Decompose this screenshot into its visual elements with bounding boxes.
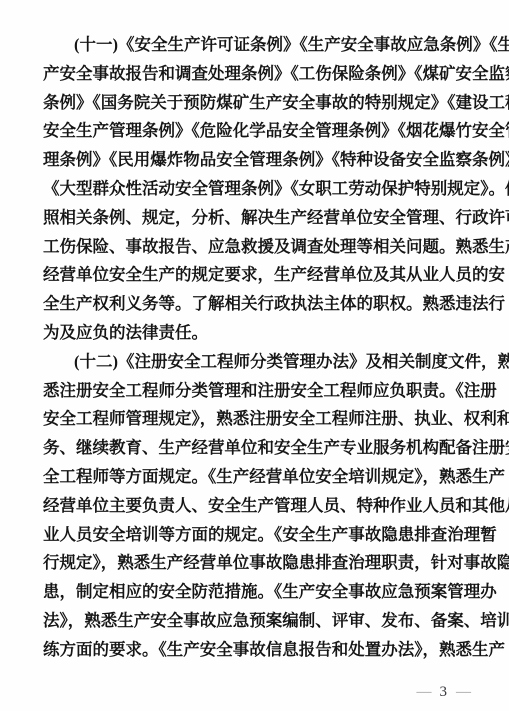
text-line: 法》，熟悉生产安全事故应急预案编制、评审、发布、备案、培训、演	[43, 607, 465, 636]
footer-left-dash: —	[417, 684, 431, 701]
text-line: 业人员安全培训等方面的规定。《安全生产事故隐患排查治理暂	[43, 521, 465, 550]
text-line: 全工程师等方面规定。《生产经营单位安全培训规定》，熟悉生产	[43, 463, 465, 492]
text-line: 全生产权利义务等。了解相关行政执法主体的职权。熟悉违法行	[43, 290, 465, 319]
text-line: 工伤保险、事故报告、应急救援及调查处理等相关问题。熟悉生产	[43, 233, 465, 262]
text-line: 经营单位安全生产的规定要求，生产经营单位及其从业人员的安	[43, 261, 465, 290]
text-line: 练方面的要求。《生产安全事故信息报告和处置办法》，熟悉生产	[43, 636, 465, 665]
document-page: (十一)《安全生产许可证条例》《生产安全事故应急条例》《生产安全事故报告和调查处…	[0, 0, 509, 711]
text-line: 《大型群众性活动安全管理条例》《女职工劳动保护特别规定》。依	[43, 175, 465, 204]
page-number: 3	[440, 684, 448, 701]
text-line: 条例》《国务院关于预防煤矿生产安全事故的特别规定》《建设工程	[43, 89, 465, 118]
text-line: (十一)《安全生产许可证条例》《生产安全事故应急条例》《生	[43, 31, 465, 60]
text-line: 行规定》，熟悉生产经营单位事故隐患排查治理职责，针对事故隐	[43, 549, 465, 578]
text-line: 务、继续教育、生产经营单位和安全生产专业服务机构配备注册安	[43, 434, 465, 463]
text-line: 经营单位主要负责人、安全生产管理人员、特种作业人员和其他从	[43, 492, 465, 521]
text-line: 为及应负的法律责任。	[43, 319, 465, 348]
text-line: 照相关条例、规定，分析、解决生产经营单位安全管理、行政许可、	[43, 204, 465, 233]
text-line: 产安全事故报告和调查处理条例》《工伤保险条例》《煤矿安全监察	[43, 60, 465, 89]
text-line: 悉注册安全工程师分类管理和注册安全工程师应负职责。《注册	[43, 377, 465, 406]
text-line: 理条例》《民用爆炸物品安全管理条例》《特种设备安全监察条例》	[43, 146, 465, 175]
footer-right-dash: —	[456, 684, 470, 701]
text-line: 安全工程师管理规定》，熟悉注册安全工程师注册、执业、权利和义	[43, 405, 465, 434]
text-line: (十二)《注册安全工程师分类管理办法》及相关制度文件，熟	[43, 348, 465, 377]
text-block: (十一)《安全生产许可证条例》《生产安全事故应急条例》《生产安全事故报告和调查处…	[43, 31, 465, 665]
text-line: 安全生产管理条例》《危险化学品安全管理条例》《烟花爆竹安全管	[43, 117, 465, 146]
page-footer: — 3 —	[408, 684, 480, 701]
text-line: 患，制定相应的安全防范措施。《生产安全事故应急预案管理办	[43, 578, 465, 607]
